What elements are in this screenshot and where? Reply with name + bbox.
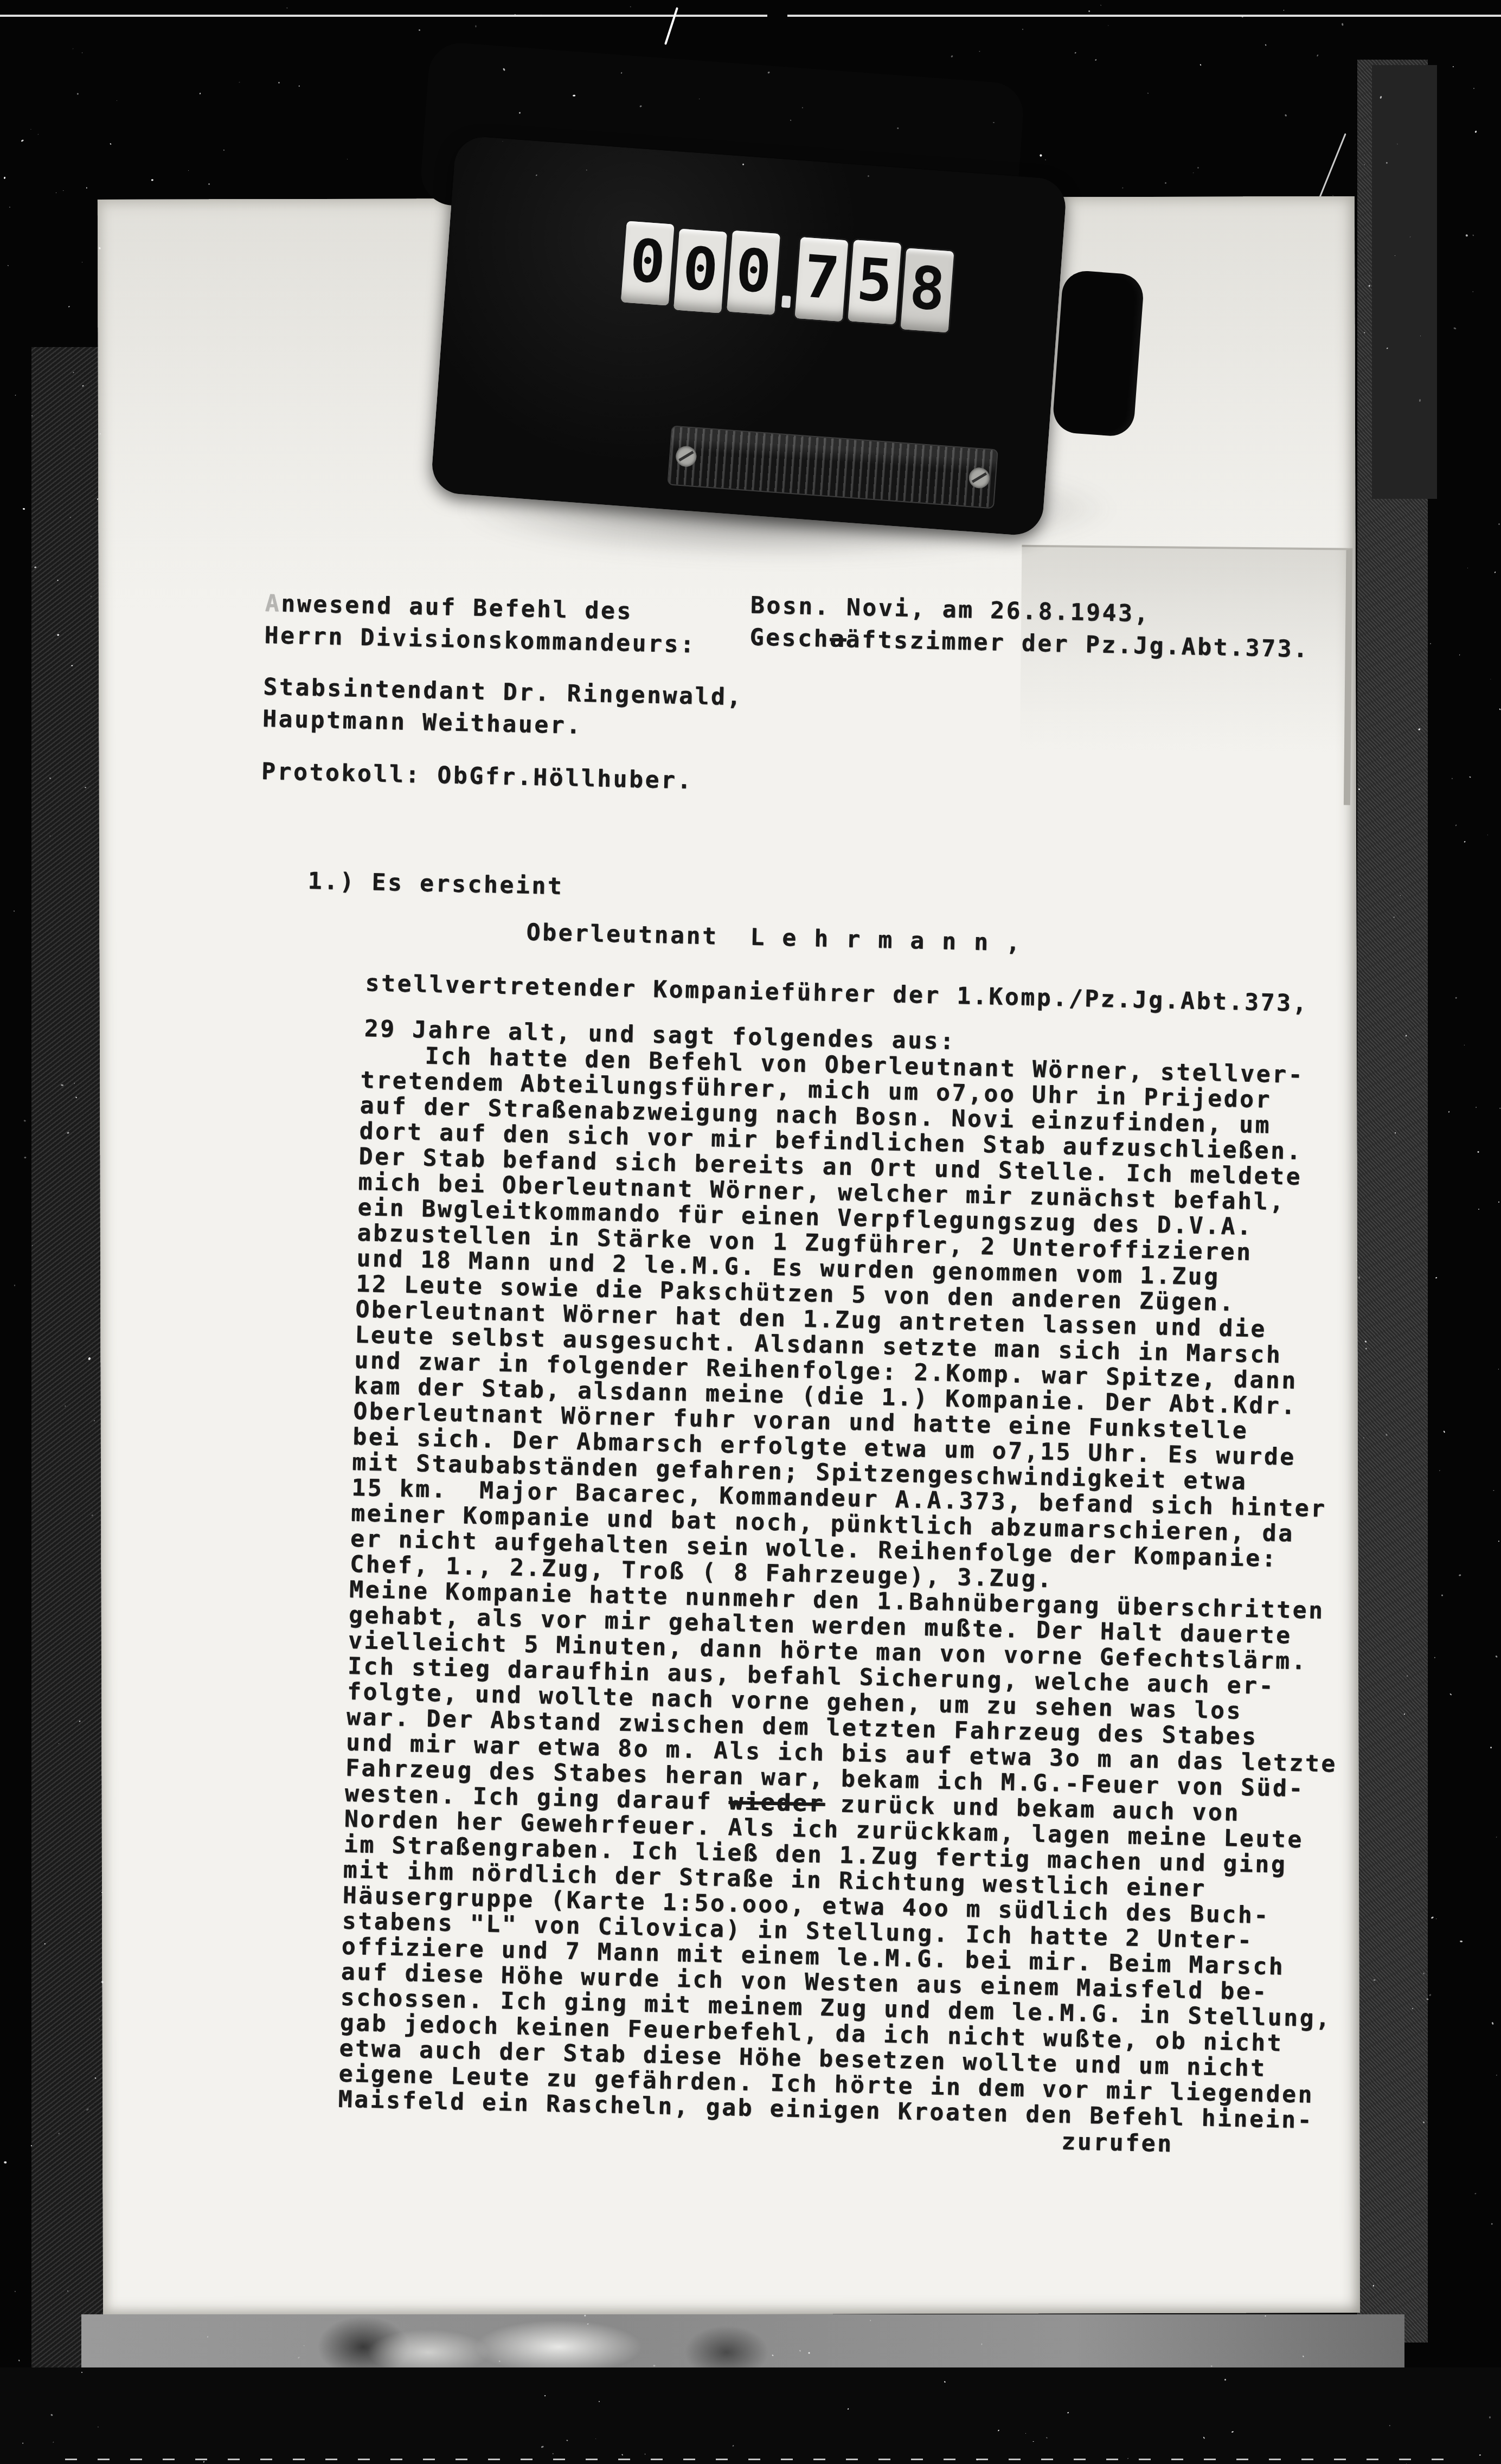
header-place-date: Bosn. Novi, am 26.8.1943,Geschaäftszimme… [749,589,1310,665]
film-scratch [664,7,678,45]
screw-icon [675,445,697,467]
struck-text: a [829,626,846,653]
counter-knob [1052,269,1145,438]
frame-counter-device: 000758 [429,135,1149,554]
catchword: zurufen [1061,2128,1173,2158]
header-attendee-names: Stabsintendant Dr. Ringenwald,Hauptmann … [262,671,743,746]
counter-digit: 0 [621,221,675,305]
table-surface-strip [81,2314,1404,2369]
film-edge-line [0,15,767,17]
counter-digit: 0 [673,229,727,313]
header-attendees: Anwesend auf Befehl desHerrn Divisionsko… [264,588,697,661]
scanner-bed-corner-band [1372,65,1437,499]
counter-digit: 7 [795,237,849,322]
struck-text: wieder [728,1788,825,1818]
screw-icon [968,467,991,489]
film-bottom-area [0,2367,1501,2464]
film-edge-line [787,15,1501,17]
header-protocol-clerk: Protokoll: ObGfr.Höllhuber. [261,756,693,797]
counter-digit: 8 [901,248,954,332]
film-edge-line [65,2459,1453,2460]
digit-separator-dot [781,296,791,308]
witness-name-line: Oberleutnant L e h r m a n n , [526,919,1022,957]
counter-digit: 0 [727,230,780,315]
text-line: Protokoll: ObGfr.Höllhuber. [261,756,693,797]
witness-role-line: stellvertretender Kompanieführer der 1.K… [365,970,1308,1017]
witness-statement: Ich hatte den Befehl von Oberleutnant Wö… [338,1042,1352,2134]
section-number-line: 1.) Es erscheint [307,868,564,900]
counter-digit: 5 [848,240,901,324]
microfilm-frame: Anwesend auf Befehl desHerrn Divisionsko… [0,0,1501,2464]
